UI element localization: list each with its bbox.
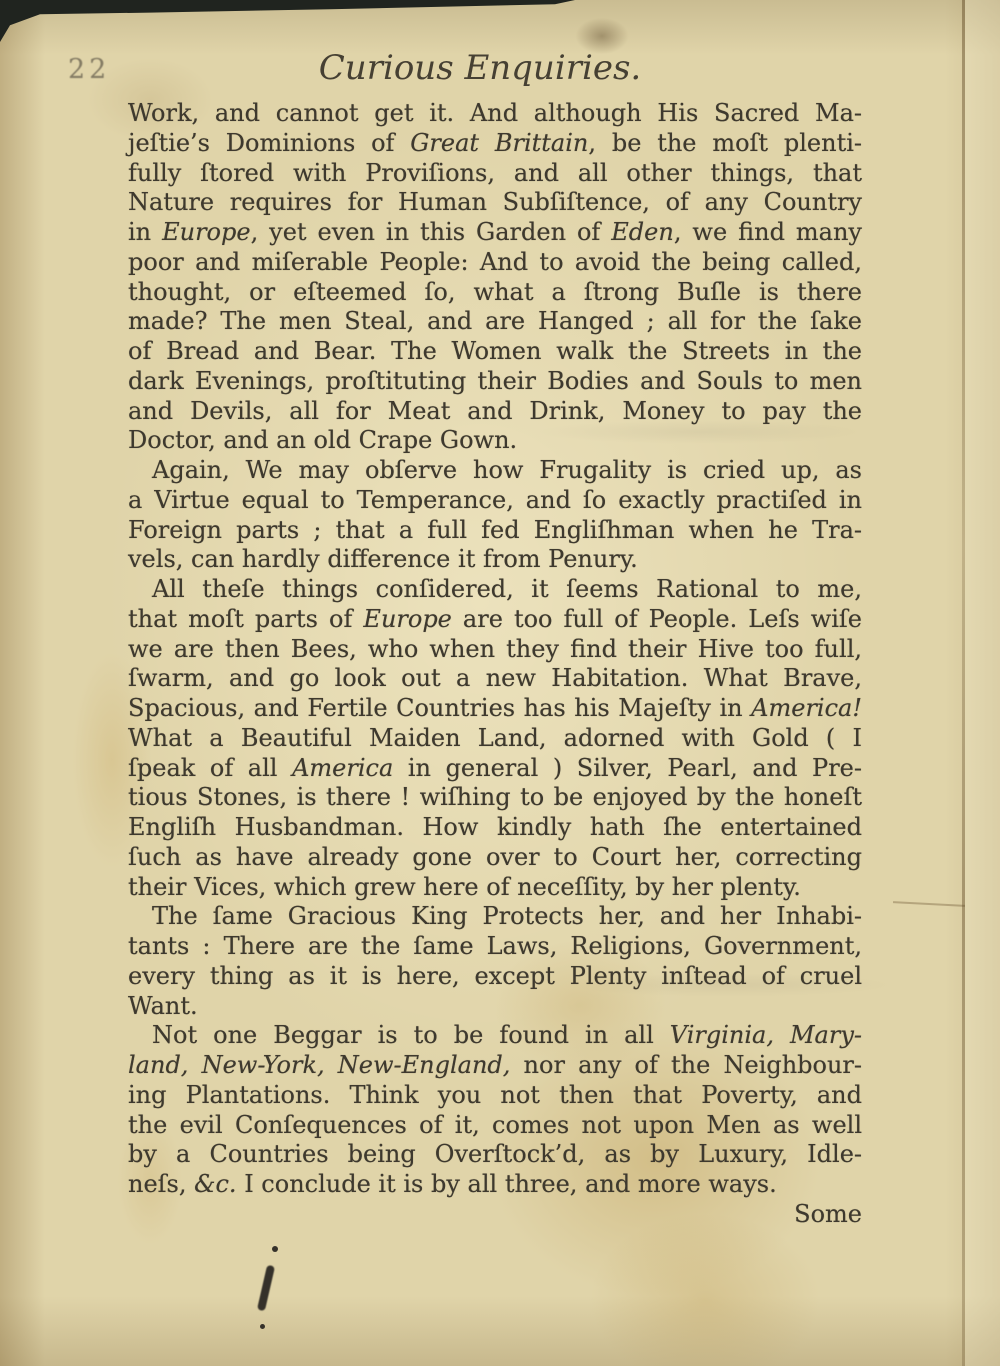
text-segment: , yet even in this Garden of	[251, 218, 612, 246]
ink-dot-icon	[260, 1324, 265, 1329]
text-line: thought, or eſteemed ſo, what a ſtrong B…	[128, 278, 862, 308]
text-segment: ſwarm, and go look out a new Habitation.…	[128, 664, 862, 692]
text-line: Doctor, and an old Crape Gown.	[128, 426, 862, 456]
italic-text-segment: Eden	[611, 218, 674, 246]
body-text: Work, and cannot get it. And although Hi…	[128, 99, 862, 1230]
text-segment: are too full of People. Leſs wiſe	[452, 605, 862, 633]
text-segment: of Bread and Bear. The Women walk the St…	[128, 337, 862, 365]
text-segment: tants : There are the ſame Laws, Religio…	[128, 932, 862, 960]
text-segment: Not one Beggar is to be found in all	[152, 1021, 670, 1049]
text-line: Foreign parts ; that a full fed Engliſhm…	[128, 516, 862, 546]
text-segment: we are then Bees, who when they find the…	[128, 635, 862, 663]
text-line: The ſame Gracious King Protects her, and…	[128, 902, 862, 932]
italic-text-segment: America	[292, 754, 393, 782]
text-segment: by a Countries being Overſtock’d, as by …	[128, 1140, 862, 1168]
text-segment: their Vices, which grew here of neceſſit…	[128, 873, 801, 901]
text-line: fully ſtored with Proviſions, and all ot…	[128, 159, 862, 189]
text-line: poor and miſerable People: And to avoid …	[128, 248, 862, 278]
text-segment: I conclude it is by all three, and more …	[237, 1170, 777, 1198]
ink-dot-icon	[272, 1246, 278, 1252]
text-line: that moſt parts of Europe are too full o…	[128, 605, 862, 635]
text-segment: and Devils, all for Meat and Drink, Mone…	[128, 397, 862, 425]
text-line: jeſtie’s Dominions of Great Brittain, be…	[128, 129, 862, 159]
text-line: Engliſh Husbandman. How kindly hath ſhe …	[128, 813, 862, 843]
text-segment: a Virtue equal to Temperance, and ſo exa…	[128, 486, 862, 514]
text-segment: Foreign parts ; that a full fed Engliſhm…	[128, 516, 862, 544]
text-segment: All theſe things conſidered, it ſeems Ra…	[152, 575, 862, 603]
catchword: Some	[128, 1200, 862, 1230]
text-segment: Work, and cannot get it. And although Hi…	[128, 99, 862, 127]
text-line: Nature requires for Human Subſiſtence, o…	[128, 188, 862, 218]
text-line: Work, and cannot get it. And although Hi…	[128, 99, 862, 129]
text-segment: the evil Conſequences of it, comes not u…	[128, 1111, 862, 1139]
text-line: vels, can hardly difference it from Penu…	[128, 545, 862, 575]
text-segment: dark Evenings, proſtituting their Bodies…	[128, 367, 862, 395]
ink-mark-icon	[257, 1265, 275, 1312]
text-line: of Bread and Bear. The Women walk the St…	[128, 337, 862, 367]
text-segment: fully ſtored with Proviſions, and all ot…	[128, 159, 862, 187]
text-segment: What a Beautiful Maiden Land, adorned wi…	[128, 724, 862, 752]
text-line: Again, We may obſerve how Frugality is c…	[128, 456, 862, 486]
paper-fold-highlight	[965, 0, 1000, 1366]
text-line: ſuch as have already gone over to Court …	[128, 843, 862, 873]
text-line: ſwarm, and go look out a new Habitation.…	[128, 664, 862, 694]
italic-text-segment: land, New-York, New-England,	[128, 1051, 510, 1079]
text-line: made? The men Steal, and are Hanged ; al…	[128, 307, 862, 337]
text-line: by a Countries being Overſtock’d, as by …	[128, 1140, 862, 1170]
text-segment: neſs,	[128, 1170, 194, 1198]
italic-text-segment: Virginia, Mary-	[670, 1021, 862, 1049]
text-segment: in general ) Silver, Pearl, and Pre-	[393, 754, 862, 782]
book-page-scan: 22 Curious Enquiries. Work, and cannot g…	[0, 0, 1000, 1366]
running-head: Curious Enquiries.	[0, 48, 960, 88]
text-line: the evil Conſequences of it, comes not u…	[128, 1111, 862, 1141]
italic-text-segment: America!	[751, 694, 862, 722]
italic-text-segment: Europe	[162, 218, 250, 246]
binding-edge	[0, 0, 575, 42]
text-line: Spacious, and Fertile Countries has his …	[128, 694, 862, 724]
text-line: land, New-York, New-England, nor any of …	[128, 1051, 862, 1081]
text-segment: jeſtie’s Dominions of	[128, 129, 410, 157]
italic-text-segment: Great Brittain	[410, 129, 588, 157]
text-line: Want.	[128, 992, 862, 1022]
text-segment: ſuch as have already gone over to Court …	[128, 843, 862, 871]
text-line: and Devils, all for Meat and Drink, Mone…	[128, 397, 862, 427]
text-line: a Virtue equal to Temperance, and ſo exa…	[128, 486, 862, 516]
text-line: tants : There are the ſame Laws, Religio…	[128, 932, 862, 962]
text-line: tious Stones, is there ! wiſhing to be e…	[128, 783, 862, 813]
italic-text-segment: &c.	[194, 1170, 236, 1198]
text-segment: The ſame Gracious King Protects her, and…	[152, 902, 862, 930]
text-segment: tious Stones, is there ! wiſhing to be e…	[128, 783, 862, 811]
text-line: dark Evenings, proſtituting their Bodies…	[128, 367, 862, 397]
text-line: ing Plantations. Think you not then that…	[128, 1081, 862, 1111]
italic-text-segment: Europe	[363, 605, 451, 633]
text-segment: vels, can hardly difference it from Penu…	[128, 545, 638, 573]
text-segment: Engliſh Husbandman. How kindly hath ſhe …	[128, 813, 862, 841]
text-line: Not one Beggar is to be found in all Vir…	[128, 1021, 862, 1051]
text-line: What a Beautiful Maiden Land, adorned wi…	[128, 724, 862, 754]
text-segment: ſpeak of all	[128, 754, 292, 782]
text-segment: Spacious, and Fertile Countries has his …	[128, 694, 751, 722]
text-segment: Again, We may obſerve how Frugality is c…	[152, 456, 862, 484]
text-line: neſs, &c. I conclude it is by all three,…	[128, 1170, 862, 1200]
text-line: ſpeak of all America in general ) Silver…	[128, 754, 862, 784]
text-segment: Want.	[128, 992, 198, 1020]
text-line: in Europe, yet even in this Garden of Ed…	[128, 218, 862, 248]
text-segment: , we find many	[674, 218, 862, 246]
text-segment: in	[128, 218, 162, 246]
text-segment: that moſt parts of	[128, 605, 363, 633]
text-segment: , be the moſt plenti-	[588, 129, 862, 157]
text-segment: Doctor, and an old Crape Gown.	[128, 426, 517, 454]
text-segment: nor any of the Neighbour-	[510, 1051, 862, 1079]
text-line: we are then Bees, who when they find the…	[128, 635, 862, 665]
text-segment: made? The men Steal, and are Hanged ; al…	[128, 307, 862, 335]
text-line: their Vices, which grew here of neceſſit…	[128, 873, 862, 903]
fold-crease-horizontal	[893, 901, 965, 907]
fold-crease-vertical	[962, 0, 965, 1366]
text-segment: Nature requires for Human Subſiſtence, o…	[128, 188, 862, 216]
text-line: All theſe things conſidered, it ſeems Ra…	[128, 575, 862, 605]
text-line: every thing as it is here, except Plenty…	[128, 962, 862, 992]
text-segment: every thing as it is here, except Plenty…	[128, 962, 862, 990]
text-segment: thought, or eſteemed ſo, what a ſtrong B…	[128, 278, 862, 306]
text-segment: poor and miſerable People: And to avoid …	[128, 248, 862, 276]
text-segment: ing Plantations. Think you not then that…	[128, 1081, 862, 1109]
